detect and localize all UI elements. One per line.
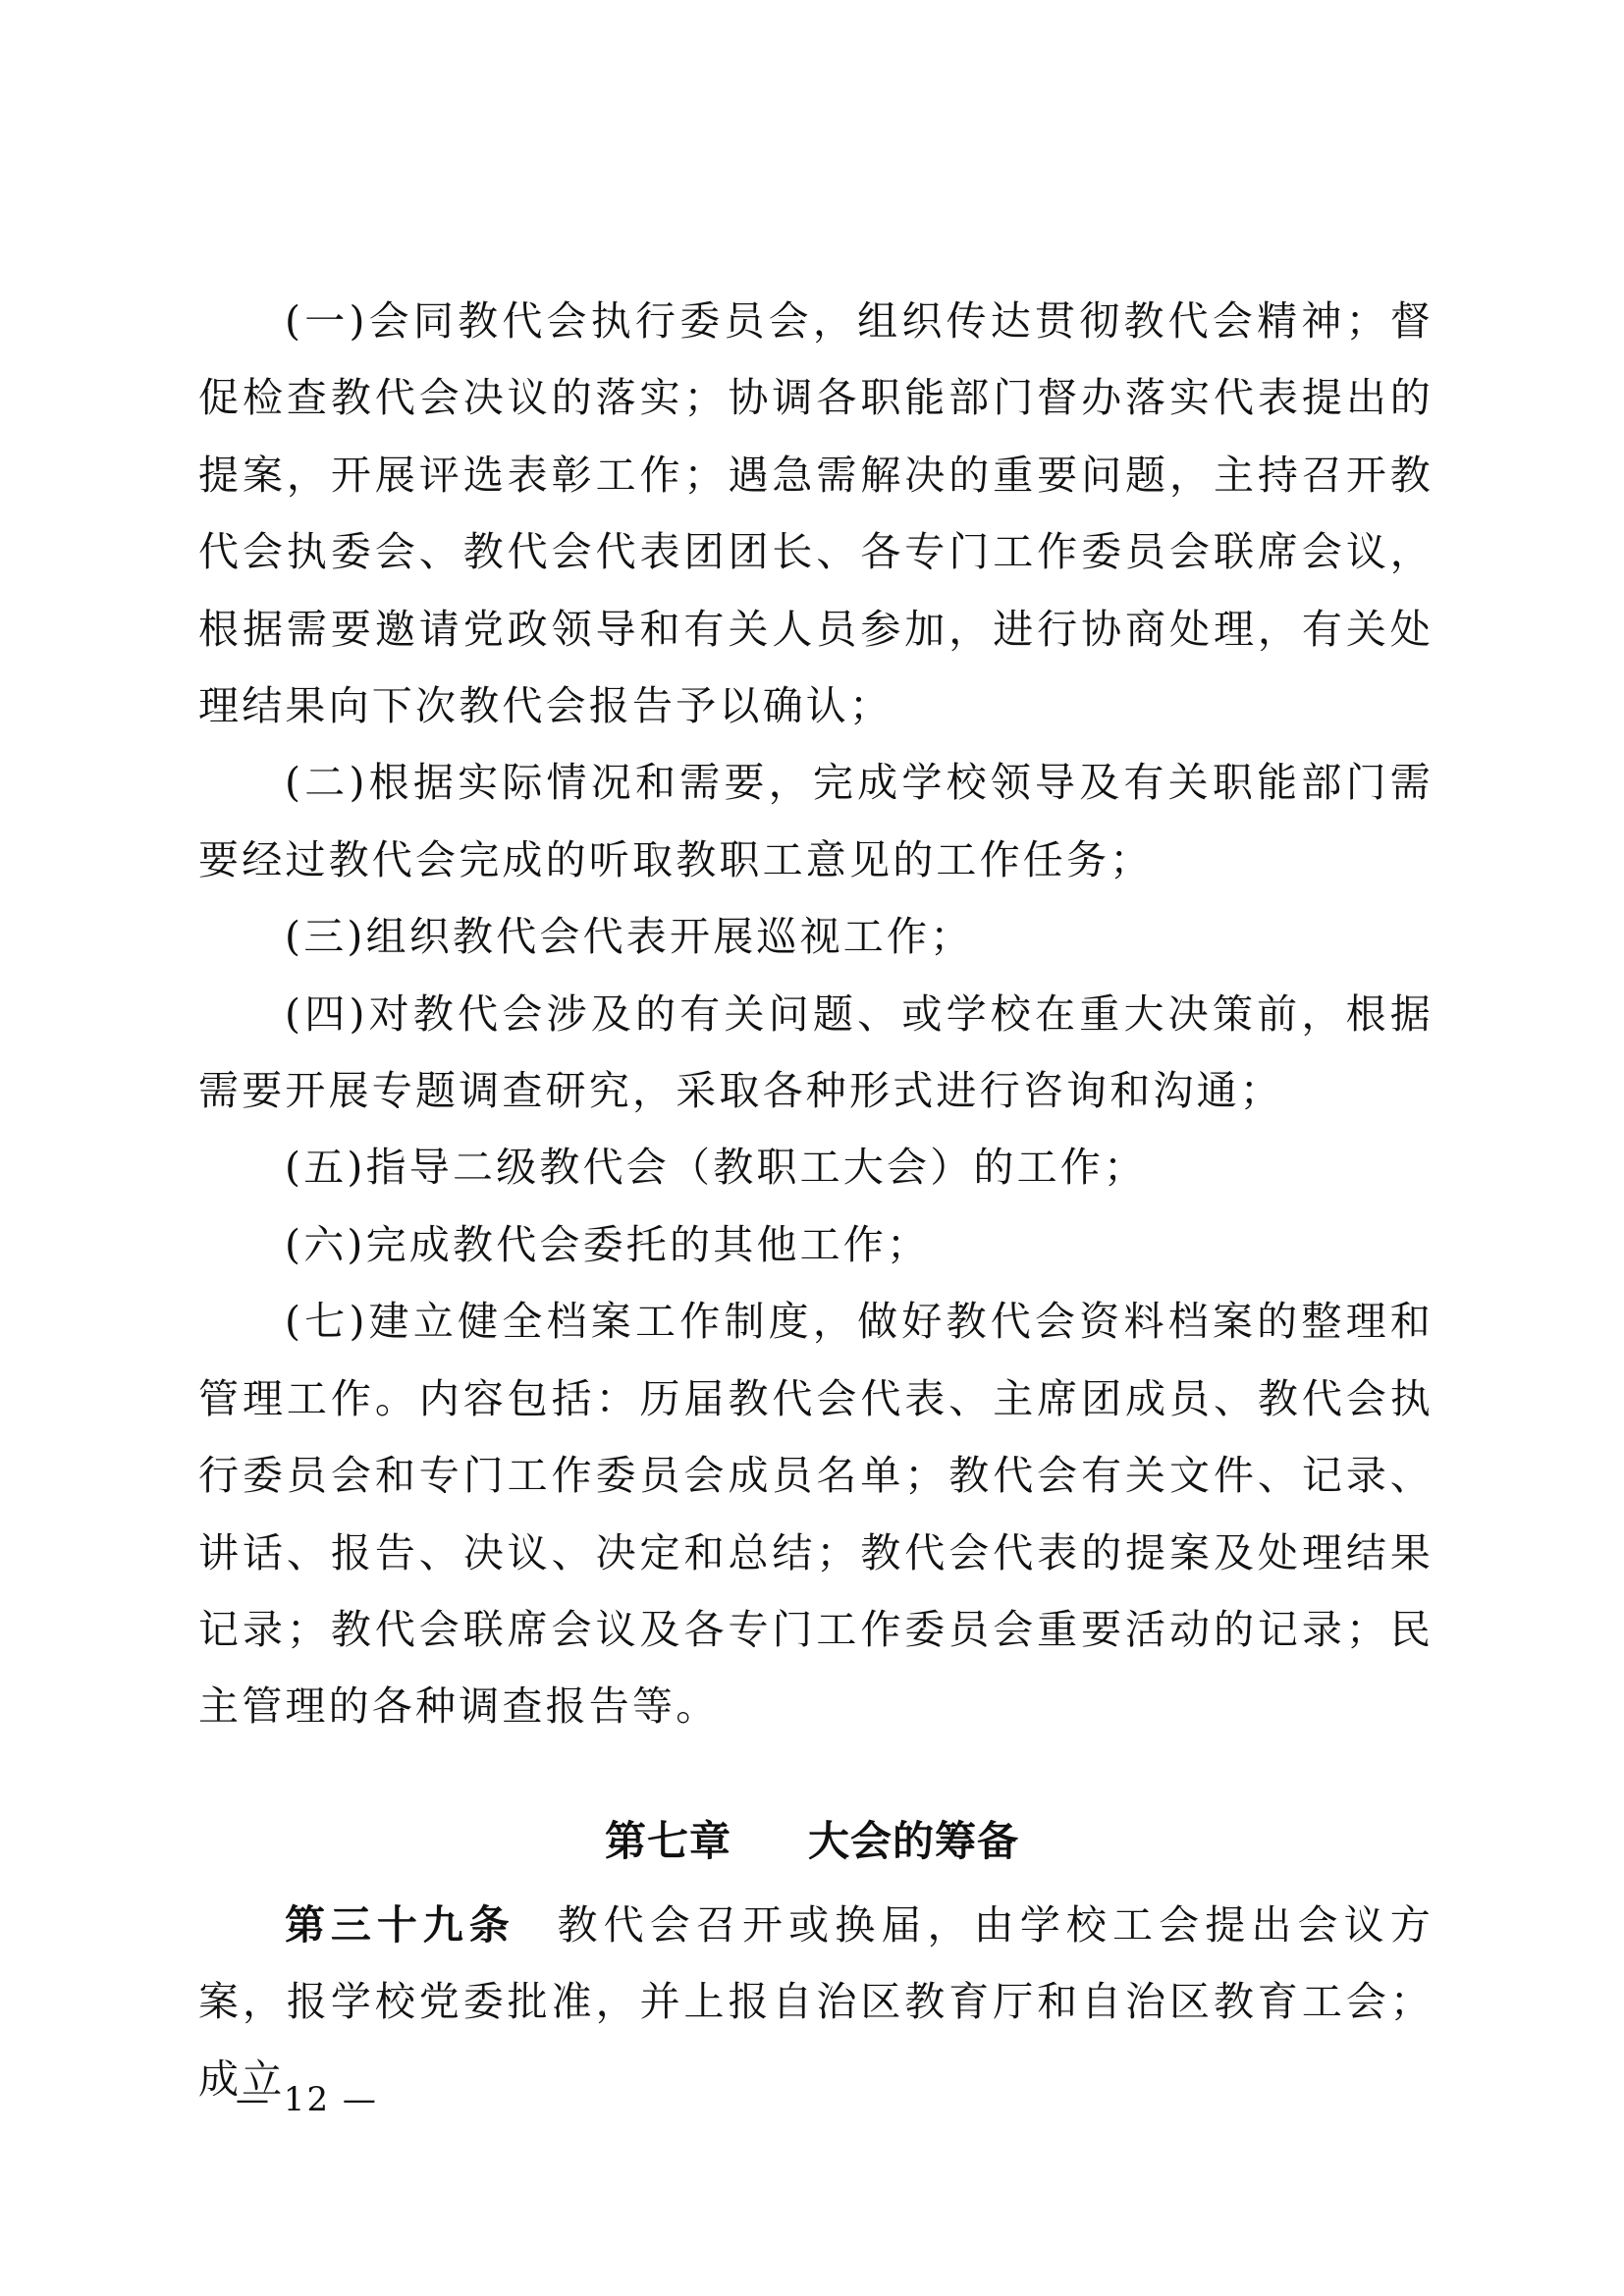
paragraph-item-5: (五)指导二级教代会（教职工大会）的工作； <box>198 1129 1434 1205</box>
paragraph-item-1: (一)会同教代会执行委员会，组织传达贯彻教代会精神；督促检查教代会决议的落实；协… <box>198 283 1434 744</box>
chapter-heading: 第七章大会的筹备 <box>0 1812 1624 1871</box>
paragraph-item-3: (三)组织教代会代表开展巡视工作； <box>198 898 1434 975</box>
body-text: (一)会同教代会执行委员会，组织传达贯彻教代会精神；督促检查教代会决议的落实；协… <box>198 283 1434 1745</box>
paragraph-item-7: (七)建立健全档案工作制度，做好教代会资料档案的整理和管理工作。内容包括：历届教… <box>198 1283 1434 1744</box>
paragraph-item-4: (四)对教代会涉及的有关问题、或学校在重大决策前，根据需要开展专题调查研究，采取… <box>198 976 1434 1130</box>
paragraph-item-2: (二)根据实际情况和需要，完成学校领导及有关职能部门需要经过教代会完成的听取教职… <box>198 744 1434 898</box>
article-paragraph: 第三十九条教代会召开或换届，由学校工会提出会议方案，报学校党委批准，并上报自治区… <box>198 1887 1434 2117</box>
article-39: 第三十九条教代会召开或换届，由学校工会提出会议方案，报学校党委批准，并上报自治区… <box>198 1887 1434 2117</box>
page-number: — 12 — <box>236 2075 378 2124</box>
document-page: (一)会同教代会执行委员会，组织传达贯彻教代会精神；督促检查教代会决议的落实；协… <box>0 0 1624 2296</box>
paragraph-item-6: (六)完成教代会委托的其他工作； <box>198 1206 1434 1283</box>
chapter-number: 第七章 <box>605 1817 731 1865</box>
article-number: 第三十九条 <box>285 1901 515 1949</box>
chapter-title: 大会的筹备 <box>808 1817 1019 1865</box>
